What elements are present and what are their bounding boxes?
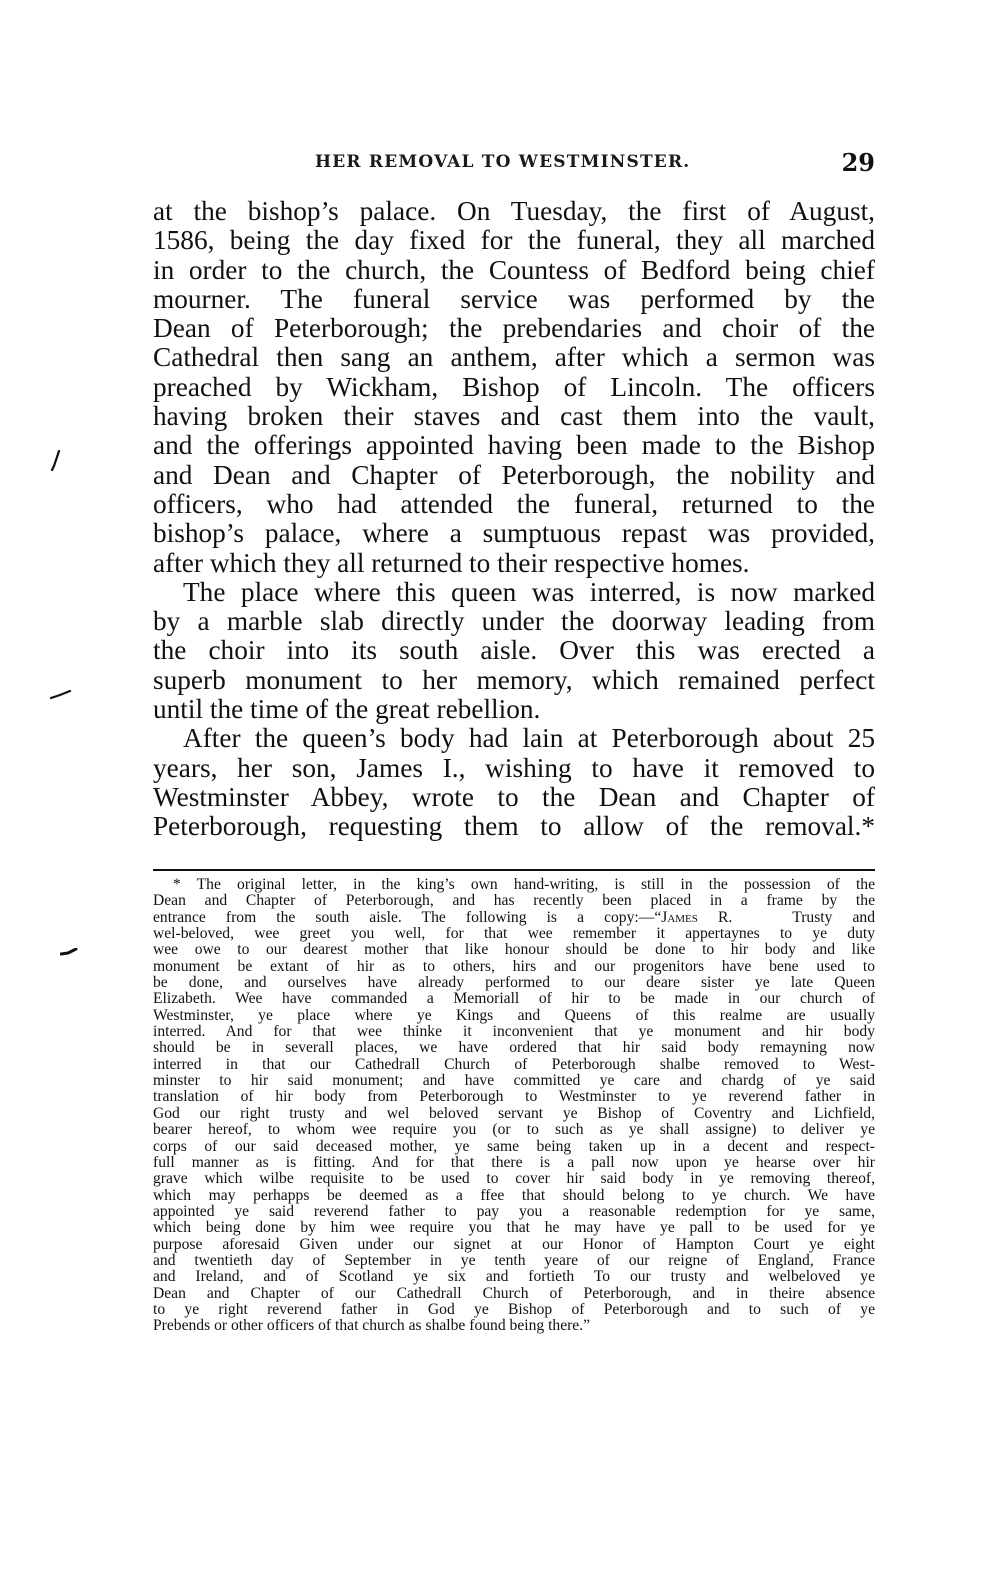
- body-line: bishop’s palace, where a sumptuous repas…: [153, 519, 875, 548]
- body-line: superb monument to her memory, which rem…: [153, 666, 875, 695]
- footnote-line: corps of our said deceased mother, ye sa…: [153, 1139, 875, 1155]
- body-line: 1586, being the day fixed for the funera…: [153, 226, 875, 255]
- footnote-line-tail: Trusty and: [792, 909, 875, 926]
- margin-pencil-mark-icon: [50, 450, 62, 472]
- body-line: years, her son, James I., wishing to hav…: [153, 754, 875, 783]
- footnote-line: wel-beloved, wee greet you well, for tha…: [153, 926, 875, 942]
- footnote-line: Prebends or other officers of that churc…: [153, 1318, 875, 1334]
- footnote-line: which may perhapps be deemed as a ffee t…: [153, 1188, 875, 1204]
- body-line: by a marble slab directly under the door…: [153, 607, 875, 636]
- body-line: officers, who had attended the funeral, …: [153, 490, 875, 519]
- footnote-line: translation of hir body from Peterboroug…: [153, 1089, 875, 1105]
- body-line: Westminster Abbey, wrote to the Dean and…: [153, 783, 875, 812]
- footnote-line: wee owe to our dearest mother that like …: [153, 942, 875, 958]
- page-number: 29: [842, 148, 875, 177]
- footnote-line: and Ireland, and of Scotland ye six and …: [153, 1269, 875, 1285]
- footnote-line: be done, and ourselves have already perf…: [153, 975, 875, 991]
- footnote-line: minster to hir said monument; and have c…: [153, 1073, 875, 1089]
- body-line: at the bishop’s palace. On Tuesday, the …: [153, 197, 875, 226]
- body-line: and Dean and Chapter of Peterborough, th…: [153, 461, 875, 490]
- body-line: in order to the church, the Countess of …: [153, 256, 875, 285]
- footnote-line: purpose aforesaid Given under our signet…: [153, 1237, 875, 1253]
- footnote-line: interred. And for that wee thinke it inc…: [153, 1024, 875, 1040]
- footnote-rule: [153, 869, 875, 871]
- footnote-line: grave which wilbe requisite to be used t…: [153, 1171, 875, 1187]
- footnote-line: to ye right reverend father in God ye Bi…: [153, 1302, 875, 1318]
- body-line: until the time of the great rebellion.: [153, 695, 875, 724]
- letter-signature: James R.: [661, 909, 732, 926]
- footnote-line: * The original letter, in the king’s own…: [153, 877, 875, 893]
- footnote-line: Dean and Chapter of our Cathedrall Churc…: [153, 1286, 875, 1302]
- footnote-line: Dean and Chapter of Peterborough, and ha…: [153, 893, 875, 909]
- body-line: preached by Wickham, Bishop of Lincoln. …: [153, 373, 875, 402]
- footnote-line: appointed ye said reverend father to pay…: [153, 1204, 875, 1220]
- body-line: the choir into its south aisle. Over thi…: [153, 636, 875, 665]
- margin-pencil-mark-icon: [60, 948, 78, 958]
- book-page: HER REMOVAL TO WESTMINSTER. 29 at the bi…: [0, 0, 1000, 1583]
- margin-pencil-mark-icon: [50, 690, 72, 700]
- footnote: * The original letter, in the king’s own…: [153, 877, 875, 1335]
- footnote-line: entrance from the south aisle. The follo…: [153, 910, 875, 926]
- footnote-line: full manner as is fitting. And for that …: [153, 1155, 875, 1171]
- footnote-line: and twentieth day of September in ye ten…: [153, 1253, 875, 1269]
- footnote-line: Westminster, ye place where ye Kings and…: [153, 1008, 875, 1024]
- footnote-line: which being done by him wee require you …: [153, 1220, 875, 1236]
- body-text: at the bishop’s palace. On Tuesday, the …: [153, 197, 875, 842]
- body-line: having broken their staves and cast them…: [153, 402, 875, 431]
- footnote-line: interred in that our Cathedrall Church o…: [153, 1057, 875, 1073]
- footnote-line: should be in severall places, we have or…: [153, 1040, 875, 1056]
- running-title: HER REMOVAL TO WESTMINSTER.: [315, 152, 690, 172]
- body-line: after which they all returned to their r…: [153, 549, 875, 578]
- running-head: HER REMOVAL TO WESTMINSTER. 29: [150, 148, 875, 178]
- body-line: Cathedral then sang an anthem, after whi…: [153, 343, 875, 372]
- body-line: Peterborough, requesting them to allow o…: [153, 812, 875, 841]
- body-line: The place where this queen was interred,…: [153, 578, 875, 607]
- footnote-line: Elizabeth. Wee have commanded a Memorial…: [153, 991, 875, 1007]
- body-line: and the offerings appointed having been …: [153, 431, 875, 460]
- footnote-line: God our right trusty and wel beloved ser…: [153, 1106, 875, 1122]
- body-line: mourner. The funeral service was perform…: [153, 285, 875, 314]
- footnote-line: monument be extant of hir as to others, …: [153, 959, 875, 975]
- body-line: Dean of Peterborough; the prebendaries a…: [153, 314, 875, 343]
- body-line: After the queen’s body had lain at Peter…: [153, 724, 875, 753]
- footnote-line: bearer hereof, to whom wee require you (…: [153, 1122, 875, 1138]
- footnote-line-text: entrance from the south aisle. The follo…: [153, 909, 661, 926]
